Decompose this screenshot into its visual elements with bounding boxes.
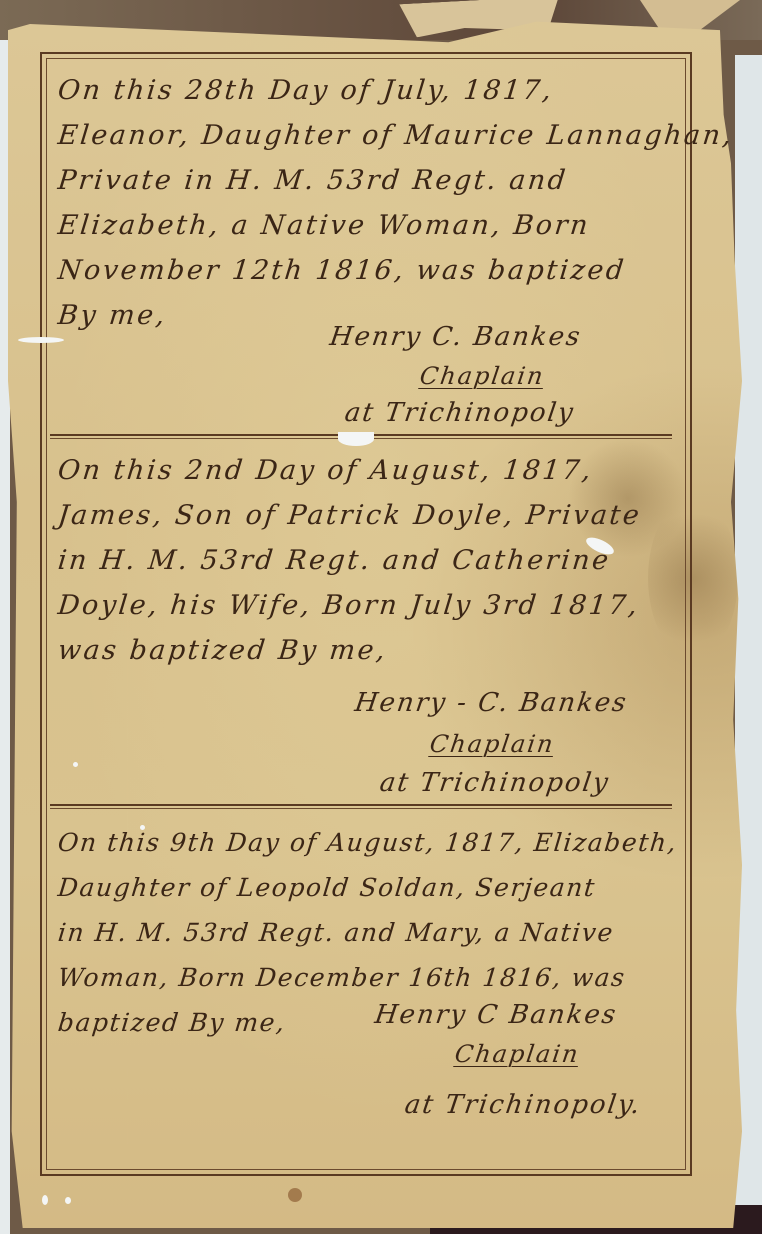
baptism-entry-2: On this 2nd Day of August, 1817, James, … bbox=[58, 448, 678, 673]
entry-line: was baptized By me, bbox=[56, 628, 681, 673]
baptism-entry-1: On this 28th Day of July, 1817, Eleanor,… bbox=[58, 68, 678, 338]
entry-line: November 12th 1816, was baptized bbox=[56, 248, 681, 293]
ink-spot bbox=[288, 1188, 302, 1202]
signature-place: at Trichinopoly bbox=[343, 398, 577, 428]
paper-hole bbox=[73, 762, 78, 767]
entry-line: Private in H. M. 53rd Regt. and bbox=[56, 158, 681, 203]
signature-title: Chaplain bbox=[418, 362, 547, 390]
entry-line: Elizabeth, a Native Woman, Born bbox=[56, 203, 681, 248]
entry-divider bbox=[50, 804, 672, 809]
paper-hole bbox=[140, 825, 145, 830]
paper-tear bbox=[18, 337, 64, 343]
entry-line: Daughter of Leopold Soldan, Serjeant bbox=[56, 865, 681, 910]
entry-line: in H. M. 53rd Regt. and Mary, a Native bbox=[56, 910, 681, 955]
entry-line: in H. M. 53rd Regt. and Catherine bbox=[56, 538, 681, 583]
paper-hole bbox=[338, 432, 374, 446]
signature-name: Henry C Bankes bbox=[373, 1000, 619, 1030]
signature-place: at Trichinopoly bbox=[378, 768, 612, 798]
signature-title: Chaplain bbox=[428, 730, 557, 758]
entry-line: James, Son of Patrick Doyle, Private bbox=[56, 493, 681, 538]
background-surface bbox=[735, 55, 762, 1205]
paper-hole bbox=[42, 1195, 48, 1205]
entry-line: On this 28th Day of July, 1817, bbox=[56, 68, 681, 113]
signature-title: Chaplain bbox=[453, 1040, 582, 1068]
entry-line: On this 2nd Day of August, 1817, bbox=[56, 448, 681, 493]
entry-line: Eleanor, Daughter of Maurice Lannaghan, bbox=[56, 113, 681, 158]
signature-name: Henry - C. Bankes bbox=[353, 688, 630, 718]
signature-place: at Trichinopoly. bbox=[403, 1090, 644, 1120]
entry-line: On this 9th Day of August, 1817, Elizabe… bbox=[56, 820, 681, 865]
paper-hole bbox=[65, 1197, 71, 1204]
entry-line: Woman, Born December 16th 1816, was bbox=[56, 955, 681, 1000]
entry-line: Doyle, his Wife, Born July 3rd 1817, bbox=[56, 583, 681, 628]
signature-name: Henry C. Bankes bbox=[328, 322, 584, 352]
